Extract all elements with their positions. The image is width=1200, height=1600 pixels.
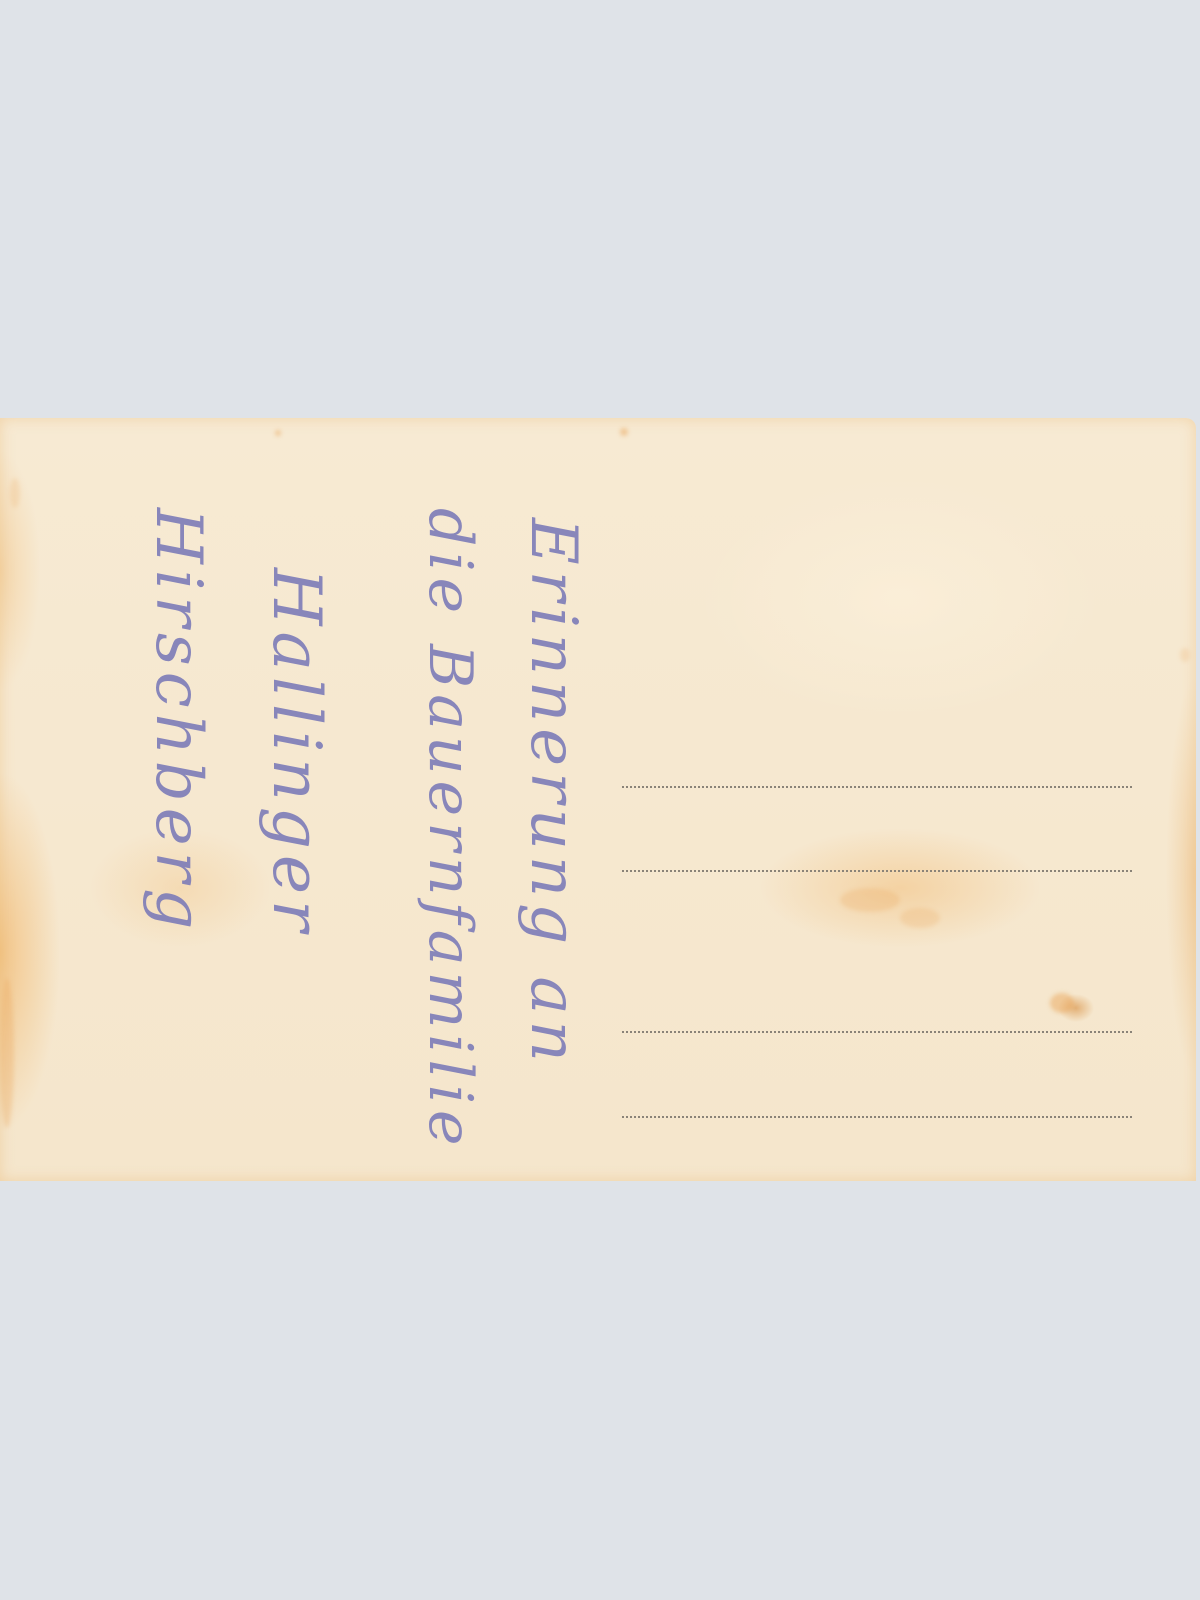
stain [1050, 993, 1074, 1013]
address-line-2 [622, 870, 1132, 872]
postcard-back: Erinnerung an die Bauernfamilie Hallinge… [0, 418, 1196, 1181]
inscription-line-3: Hallinger [258, 568, 335, 938]
address-line-3 [622, 1031, 1132, 1033]
inscription-line-1: Erinnerung an [516, 518, 590, 1068]
inscription-line-2: die Bauernfamilie [415, 508, 485, 1151]
stain [1180, 648, 1190, 662]
stain [900, 908, 940, 928]
stain [10, 478, 20, 508]
stain [840, 888, 900, 912]
inscription-line-4: Hirschberg [141, 508, 215, 935]
address-line-1 [622, 786, 1132, 788]
address-line-4 [622, 1116, 1132, 1118]
stain [620, 428, 628, 436]
stain [275, 430, 281, 436]
stain [0, 978, 14, 1128]
